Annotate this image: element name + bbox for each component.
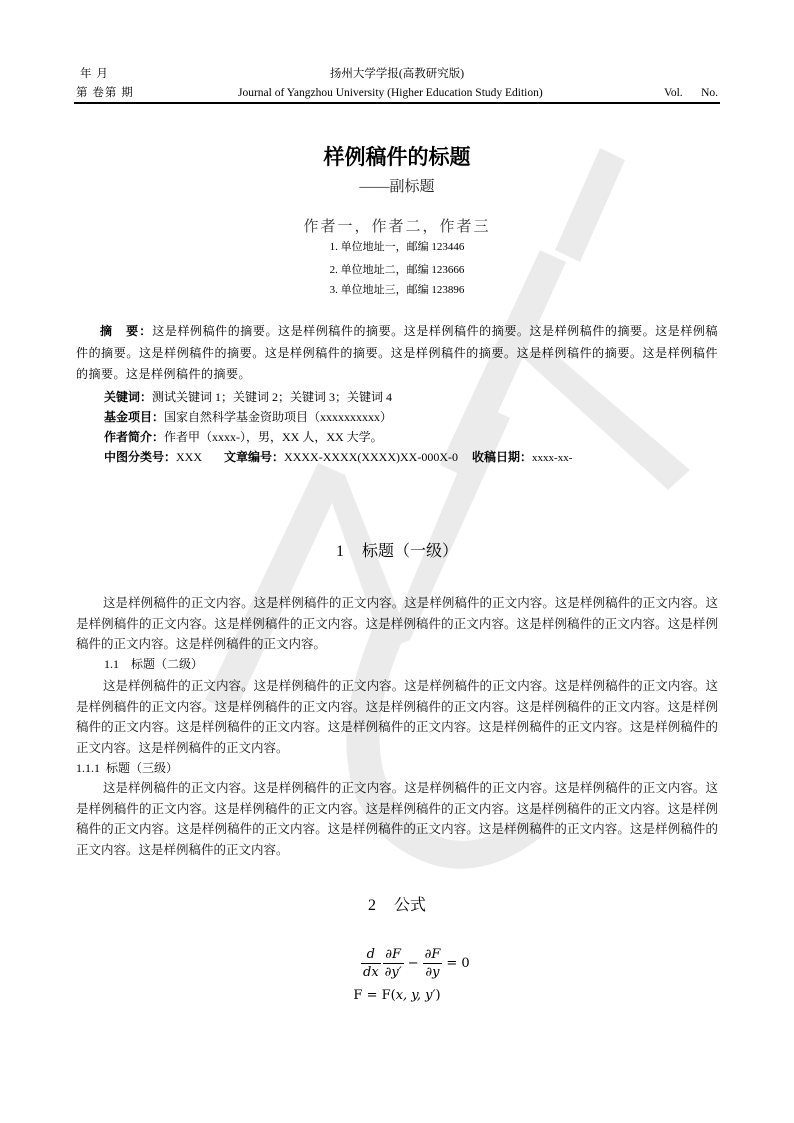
function-definition-equation: F = F(x, y, y′) — [0, 988, 794, 1003]
classification-line: 中图分类号：XXX文章编号：XXXX-XXXX(XXXX)XX-000X-0收稿… — [104, 449, 572, 466]
affiliation-1: 1. 单位地址一，邮编 123446 — [0, 240, 794, 254]
abstract-text: 这是样例稿件的摘要。这是样例稿件的摘要。这是样例稿件的摘要。这是样例稿件的摘要。… — [76, 324, 718, 381]
header-journal-cn: 扬州大学学报(高教研究版) — [76, 67, 718, 81]
section-1-heading: 1标题（一级） — [0, 540, 794, 563]
keywords-label: 关键词： — [104, 390, 152, 404]
clc-label: 中图分类号： — [104, 450, 176, 464]
equals-zero: = 0 — [446, 956, 469, 971]
abstract-label: 摘 要： — [100, 324, 152, 338]
author-bio: 作者简介：作者甲（xxxx-），男，XX 人，XX 大学。 — [104, 429, 383, 445]
fund-label: 基金项目： — [104, 410, 164, 424]
fraction-d-dx: ddx — [361, 946, 381, 981]
author-list: 作者一，作者二，作者三 — [0, 216, 794, 238]
section-1-paragraph: 这是样例稿件的正文内容。这是样例稿件的正文内容。这是样例稿件的正文内容。这是样例… — [76, 593, 718, 655]
fraction-dF-dyprime: ∂F∂y′ — [383, 946, 404, 981]
affiliation-3: 3. 单位地址三，邮编 123896 — [0, 283, 794, 297]
author-bio-label: 作者简介： — [104, 430, 164, 444]
paper-subtitle: ——副标题 — [0, 177, 794, 197]
subsection-1-1-heading: 1.1标题（二级） — [104, 655, 203, 673]
header-no: No. — [701, 86, 718, 100]
section-2-number: 2 — [368, 897, 376, 914]
paper-title: 样例稿件的标题 — [0, 143, 794, 171]
subsubsection-1-1-1-paragraph: 这是样例稿件的正文内容。这是样例稿件的正文内容。这是样例稿件的正文内容。这是样例… — [76, 778, 718, 860]
section-2-title: 公式 — [394, 895, 426, 914]
received-date-value: xxxx-xx- — [532, 452, 572, 464]
section-2-heading: 2公式 — [0, 894, 794, 917]
article-number-label: 文章编号： — [224, 450, 284, 464]
article-number-value: XXXX-XXXX(XXXX)XX-000X-0 — [284, 450, 458, 464]
keywords-value: 测试关键词 1；关键词 2；关键词 3；关键词 4 — [152, 390, 392, 404]
minus-sign: − — [408, 956, 419, 971]
subsection-1-1-number: 1.1 — [104, 657, 119, 671]
abstract: 摘 要：这是样例稿件的摘要。这是样例稿件的摘要。这是样例稿件的摘要。这是样例稿件… — [76, 321, 718, 386]
subsection-1-1-title: 标题（二级） — [131, 657, 203, 671]
keywords: 关键词：测试关键词 1；关键词 2；关键词 3；关键词 4 — [104, 389, 392, 405]
fund-value: 国家自然科学基金资助项目（xxxxxxxxxx） — [164, 410, 392, 424]
header-issue: 第 卷第 期 — [76, 86, 134, 100]
header-journal-en: Journal of Yangzhou University (Higher E… — [238, 86, 543, 100]
received-date-label: 收稿日期： — [472, 450, 532, 464]
author-bio-value: 作者甲（xxxx-），男，XX 人，XX 大学。 — [164, 430, 383, 444]
subsubsection-1-1-1-number: 1.1.1 — [76, 761, 100, 775]
section-1-number: 1 — [336, 543, 344, 560]
fund-project: 基金项目：国家自然科学基金资助项目（xxxxxxxxxx） — [104, 409, 392, 425]
subsubsection-1-1-1-title: 标题（三级） — [106, 761, 178, 775]
subsection-1-1-paragraph: 这是样例稿件的正文内容。这是样例稿件的正文内容。这是样例稿件的正文内容。这是样例… — [76, 676, 718, 758]
clc-value: XXX — [176, 450, 202, 464]
paper-page: 年 月 扬州大学学报(高教研究版) 第 卷第 期 Journal of Yang… — [0, 0, 794, 1123]
fraction-dF-dy: ∂F∂y — [423, 946, 443, 981]
header-rule — [74, 102, 720, 104]
euler-lagrange-equation: ddx∂F∂y′−∂F∂y= 0 — [360, 946, 473, 981]
header-vol: Vol. — [664, 86, 683, 100]
section-1-title: 标题（一级） — [362, 541, 458, 560]
affiliation-2: 2. 单位地址二，邮编 123666 — [0, 263, 794, 277]
subsubsection-1-1-1-heading: 1.1.1标题（三级） — [76, 759, 178, 777]
